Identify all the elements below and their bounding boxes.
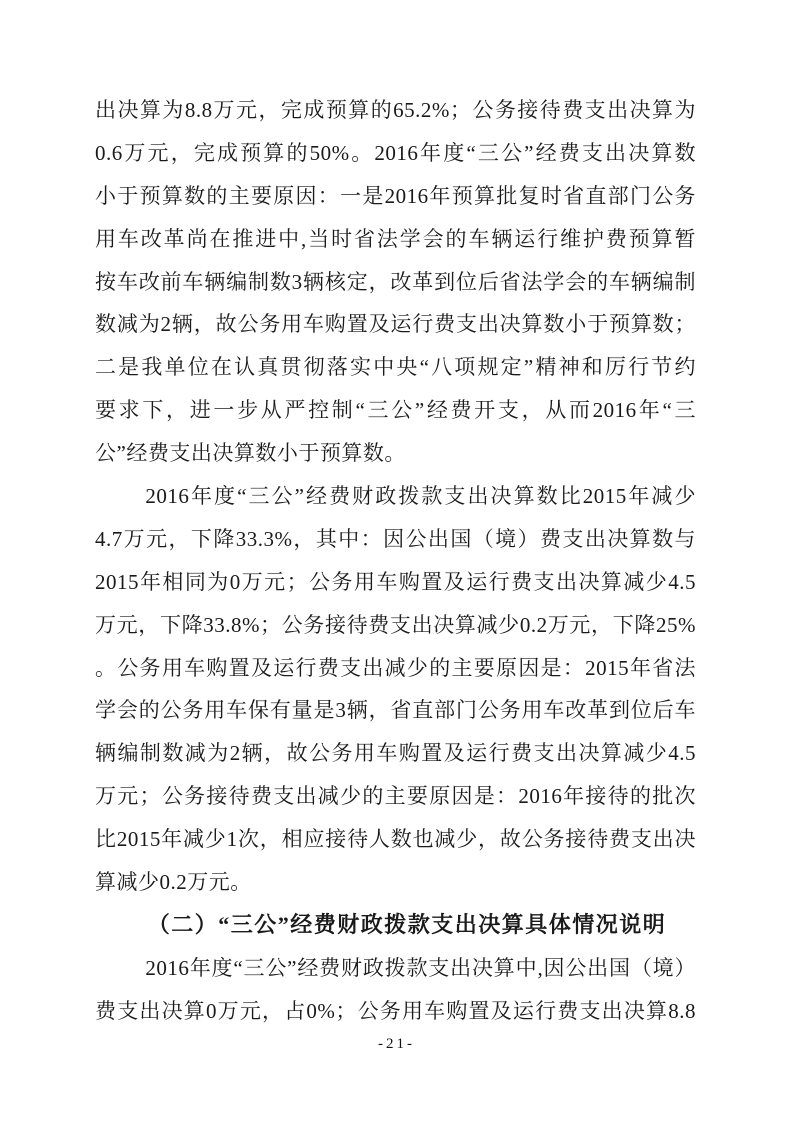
text-line: 比2015年减少1次，相应接待人数也减少，故公务接待费支出决 (95, 818, 696, 861)
text-line: 用车改革尚在推进中,当时省法学会的车辆运行维护费预算暂 (95, 218, 696, 261)
paragraph: 2016年度“三公”经费财政拨款支出决算数比2015年减少 4.7万元，下降33… (95, 475, 696, 904)
text-line: 辆编制数减为2辆，故公务用车购置及运行费支出决算减少4.5 (95, 732, 696, 775)
text-line: 2015年相同为0万元；公务用车购置及运行费支出决算减少4.5 (95, 561, 696, 604)
text-line: 二是我单位在认真贯彻落实中央“八项规定”精神和厉行节约 (95, 346, 696, 389)
text-line: 2016年度“三公”经费财政拨款支出决算中,因公出国（境） (95, 947, 696, 990)
text-line: 公”经费支出决算数小于预算数。 (95, 432, 696, 475)
text-line: 0.6万元，完成预算的50%。2016年度“三公”经费支出决算数 (95, 132, 696, 175)
text-line: 出决算为8.8万元，完成预算的65.2%；公务接待费支出决算为 (95, 89, 696, 132)
paragraph: 2016年度“三公”经费财政拨款支出决算中,因公出国（境） 费支出决算0万元，占… (95, 947, 696, 1033)
text-line: 按车改前车辆编制数3辆核定，改革到位后省法学会的车辆编制 (95, 261, 696, 304)
text-line: 费支出决算0万元，占0%；公务用车购置及运行费支出决算8.8 (95, 990, 696, 1033)
text-line: 小于预算数的主要原因：一是2016年预算批复时省直部门公务 (95, 175, 696, 218)
text-line: 要求下，进一步从严控制“三公”经费开支，从而2016年“三 (95, 389, 696, 432)
text-line: 4.7万元，下降33.3%，其中：因公出国（境）费支出决算数与 (95, 518, 696, 561)
text-line: 。公务用车购置及运行费支出减少的主要原因是：2015年省法 (95, 647, 696, 690)
document-page: 出决算为8.8万元，完成预算的65.2%；公务接待费支出决算为 0.6万元，完成… (0, 0, 793, 1122)
page-number: -21- (378, 1036, 415, 1052)
text-line: 万元，下降33.8%；公务接待费支出决算减少0.2万元，下降25% (95, 604, 696, 647)
section-heading: （二）“三公”经费财政拨款支出决算具体情况说明 (95, 904, 696, 947)
paragraph: 出决算为8.8万元，完成预算的65.2%；公务接待费支出决算为 0.6万元，完成… (95, 89, 696, 475)
page-body-text: 出决算为8.8万元，完成预算的65.2%；公务接待费支出决算为 0.6万元，完成… (95, 89, 696, 1033)
text-line: 学会的公务用车保有量是3辆，省直部门公务用车改革到位后车 (95, 689, 696, 732)
text-line: 2016年度“三公”经费财政拨款支出决算数比2015年减少 (95, 475, 696, 518)
text-line: 万元；公务接待费支出减少的主要原因是：2016年接待的批次 (95, 775, 696, 818)
text-line: 数减为2辆，故公务用车购置及运行费支出决算数小于预算数； (95, 303, 696, 346)
page-footer: -21- (0, 1035, 793, 1053)
text-line: 算减少0.2万元。 (95, 861, 696, 904)
